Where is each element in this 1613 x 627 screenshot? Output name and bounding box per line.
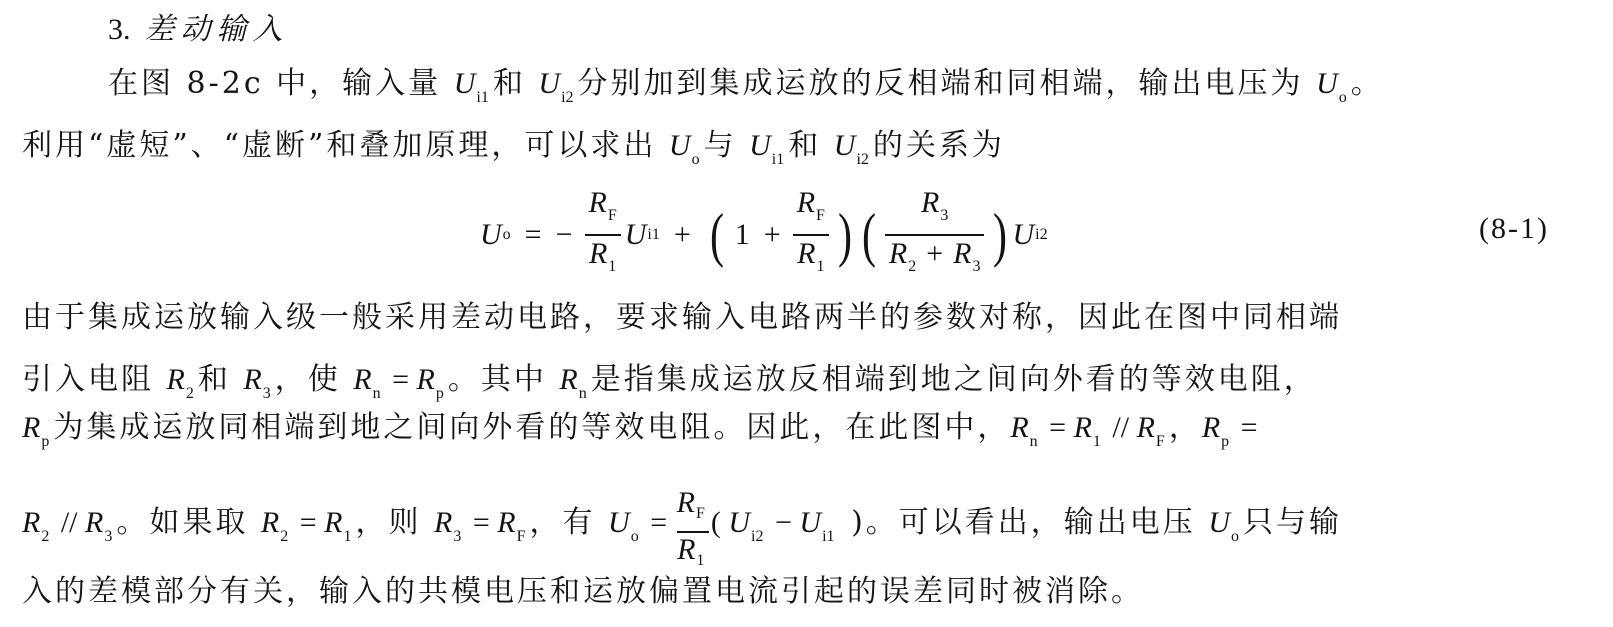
- symbol-U: U: [749, 129, 771, 162]
- symbol-R: R: [22, 506, 40, 539]
- equals-sign: =: [465, 506, 497, 539]
- paragraph2-line4: R2 // R3。如果取 R2 = R1，则 R3 = RF，有 Uo = RF…: [22, 478, 1342, 570]
- subscript: 1: [696, 552, 704, 569]
- paragraph2-line1: 由于集成运放输入级一般采用差动电路，要求输入电路两半的参数对称，因此在图中同相端: [22, 298, 1342, 338]
- symbol-U: U: [480, 218, 502, 252]
- text: 。如果取: [116, 505, 261, 540]
- symbol-R: R: [589, 186, 607, 219]
- symbol-R: R: [921, 186, 939, 219]
- symbol-U: U: [834, 129, 856, 162]
- symbol-U: U: [608, 506, 630, 539]
- parallel-sign: //: [1105, 411, 1137, 444]
- symbol-R: R: [353, 363, 371, 396]
- text: 引入电阻: [22, 362, 167, 397]
- text: 和: [198, 362, 244, 397]
- equals-sign: =: [525, 218, 542, 252]
- left-paren: (: [711, 506, 729, 539]
- equals-sign: =: [1042, 411, 1074, 444]
- paragraph1-line2: 利用“虚短”、“虚断”和叠加原理，可以求出 Uo与 Ui1和 Ui2的关系为: [22, 126, 1005, 180]
- symbol-R: R: [417, 363, 435, 396]
- symbol-R: R: [167, 363, 185, 396]
- text: 是指集成运放反相端到地之间向外看的等效电阻，: [591, 362, 1317, 397]
- subscript: 3: [263, 385, 271, 402]
- subscript: 2: [280, 528, 288, 545]
- symbol-R: R: [559, 363, 577, 396]
- text: 和: [788, 128, 834, 163]
- subscript: 1: [608, 258, 616, 275]
- fraction-RF-over-R1: RF R1: [585, 185, 621, 285]
- left-paren: (: [710, 205, 724, 265]
- right-paren: ): [838, 205, 852, 265]
- subscript: 3: [104, 528, 112, 545]
- symbol-R: R: [1010, 411, 1028, 444]
- subscript: p: [1221, 433, 1229, 450]
- text: ，使: [275, 362, 354, 397]
- symbol-R: R: [889, 237, 907, 270]
- right-paren: ): [993, 205, 1007, 265]
- subscript: p: [436, 385, 444, 402]
- symbol-R: R: [1137, 411, 1155, 444]
- subscript: 3: [453, 528, 461, 545]
- symbol-U: U: [1208, 506, 1230, 539]
- plus-sign: +: [764, 218, 781, 252]
- text: 。其中: [448, 362, 560, 397]
- text: 利用“虚短”、“虚断”和叠加原理，可以求出: [22, 128, 669, 163]
- section-title: 差动输入: [145, 12, 289, 47]
- symbol-U: U: [1012, 218, 1034, 252]
- equals-sign: =: [292, 506, 324, 539]
- subscript: 2: [908, 258, 916, 275]
- symbol-R: R: [589, 237, 607, 270]
- section-heading: 3.差动输入: [108, 10, 289, 50]
- text: ，: [1169, 410, 1202, 445]
- subscript: n: [373, 385, 381, 402]
- equals-sign: =: [385, 363, 417, 396]
- subscript: n: [579, 385, 587, 402]
- symbol-R: R: [324, 506, 342, 539]
- subscript: i1: [772, 151, 784, 168]
- paragraph2-line3: Rp为集成运放同相端到地之间向外看的等效电阻。因此，在此图中，Rn = R1 /…: [22, 408, 1258, 462]
- fraction-RF-over-R1: RFR1: [677, 486, 709, 578]
- text: 和: [493, 66, 539, 101]
- symbol-U: U: [538, 67, 560, 100]
- symbol-R: R: [797, 237, 815, 270]
- text: 与: [704, 128, 750, 163]
- symbol-R: R: [261, 506, 279, 539]
- equals-sign: =: [643, 506, 675, 539]
- fraction-R3-over-R2-plus-R3: R3 R2+R3: [885, 185, 985, 285]
- symbol-R: R: [497, 506, 515, 539]
- equation-number: (8-1): [1479, 212, 1549, 246]
- symbol-R: R: [677, 533, 695, 566]
- symbol-R: R: [434, 506, 452, 539]
- symbol-R: R: [1202, 411, 1220, 444]
- subscript: 1: [1093, 433, 1101, 450]
- subscript: 1: [816, 258, 824, 275]
- text: 在图 8-2c 中，输入量: [108, 66, 454, 101]
- equation-8-1: Uo = − RF R1 Ui1 + ( 1 + RF R1 ) ( R3 R2…: [480, 180, 1048, 290]
- number-one: 1: [735, 218, 750, 252]
- subscript: F: [517, 528, 526, 545]
- section-number: 3.: [108, 13, 131, 46]
- symbol-U: U: [799, 506, 821, 539]
- subscript: F: [608, 207, 617, 224]
- symbol-U: U: [728, 506, 750, 539]
- subscript: i2: [751, 528, 763, 545]
- symbol-U: U: [625, 218, 647, 252]
- text: 为集成运放同相端到地之间向外看的等效电阻。因此，在此图中，: [53, 410, 1010, 445]
- subscript: i2: [561, 89, 573, 106]
- paragraph2-line2: 引入电阻 R2和 R3，使 Rn = Rp。其中 Rn是指集成运放反相端到地之间…: [22, 360, 1317, 414]
- subscript: o: [1339, 89, 1347, 106]
- subscript: o: [1231, 528, 1239, 545]
- symbol-U: U: [1316, 67, 1338, 100]
- text: ，则: [355, 505, 434, 540]
- subscript: i2: [856, 151, 868, 168]
- text: 。: [1351, 66, 1384, 101]
- subscript: i2: [1035, 226, 1047, 244]
- subscript: i1: [647, 226, 659, 244]
- equals-sign: =: [1233, 411, 1257, 444]
- parallel-sign: //: [53, 506, 85, 539]
- subscript: F: [696, 505, 705, 522]
- symbol-R: R: [797, 186, 815, 219]
- symbol-U: U: [454, 67, 476, 100]
- text: )。可以看出，输出电压: [839, 505, 1209, 540]
- subscript: n: [1030, 433, 1038, 450]
- minus-sign: −: [556, 218, 573, 252]
- text: 分别加到集成运放的反相端和同相端，输出电压为: [578, 66, 1317, 101]
- symbol-U: U: [669, 129, 691, 162]
- subscript: i1: [822, 528, 834, 545]
- symbol-R: R: [243, 363, 261, 396]
- text: 只与输: [1243, 505, 1342, 540]
- fraction-RF-over-R1: RF R1: [793, 185, 829, 285]
- paragraph2-line5: 入的差模部分有关，输入的共模电压和运放偏置电流引起的误差同时被消除。: [22, 572, 1144, 612]
- subscript: 2: [41, 528, 49, 545]
- subscript: o: [631, 528, 639, 545]
- subscript: p: [41, 433, 49, 450]
- subscript: 2: [186, 385, 194, 402]
- subscript: 3: [940, 207, 948, 224]
- symbol-R: R: [85, 506, 103, 539]
- subscript: o: [503, 226, 511, 244]
- subscript: F: [816, 207, 825, 224]
- left-paren: (: [862, 205, 876, 265]
- subscript: 3: [972, 258, 980, 275]
- symbol-R: R: [22, 411, 40, 444]
- symbol-R: R: [953, 237, 971, 270]
- subscript: 1: [343, 528, 351, 545]
- text: ，有: [529, 505, 608, 540]
- minus-sign: −: [767, 506, 799, 539]
- text: 的关系为: [873, 128, 1005, 163]
- subscript: i1: [476, 89, 488, 106]
- symbol-R: R: [677, 486, 695, 519]
- paragraph1-line1: 在图 8-2c 中，输入量 Ui1和 Ui2分别加到集成运放的反相端和同相端，输…: [108, 64, 1384, 118]
- symbol-R: R: [1074, 411, 1092, 444]
- plus-sign: +: [674, 218, 691, 252]
- subscript: F: [1156, 433, 1165, 450]
- plus-sign: +: [926, 237, 943, 270]
- subscript: o: [692, 151, 700, 168]
